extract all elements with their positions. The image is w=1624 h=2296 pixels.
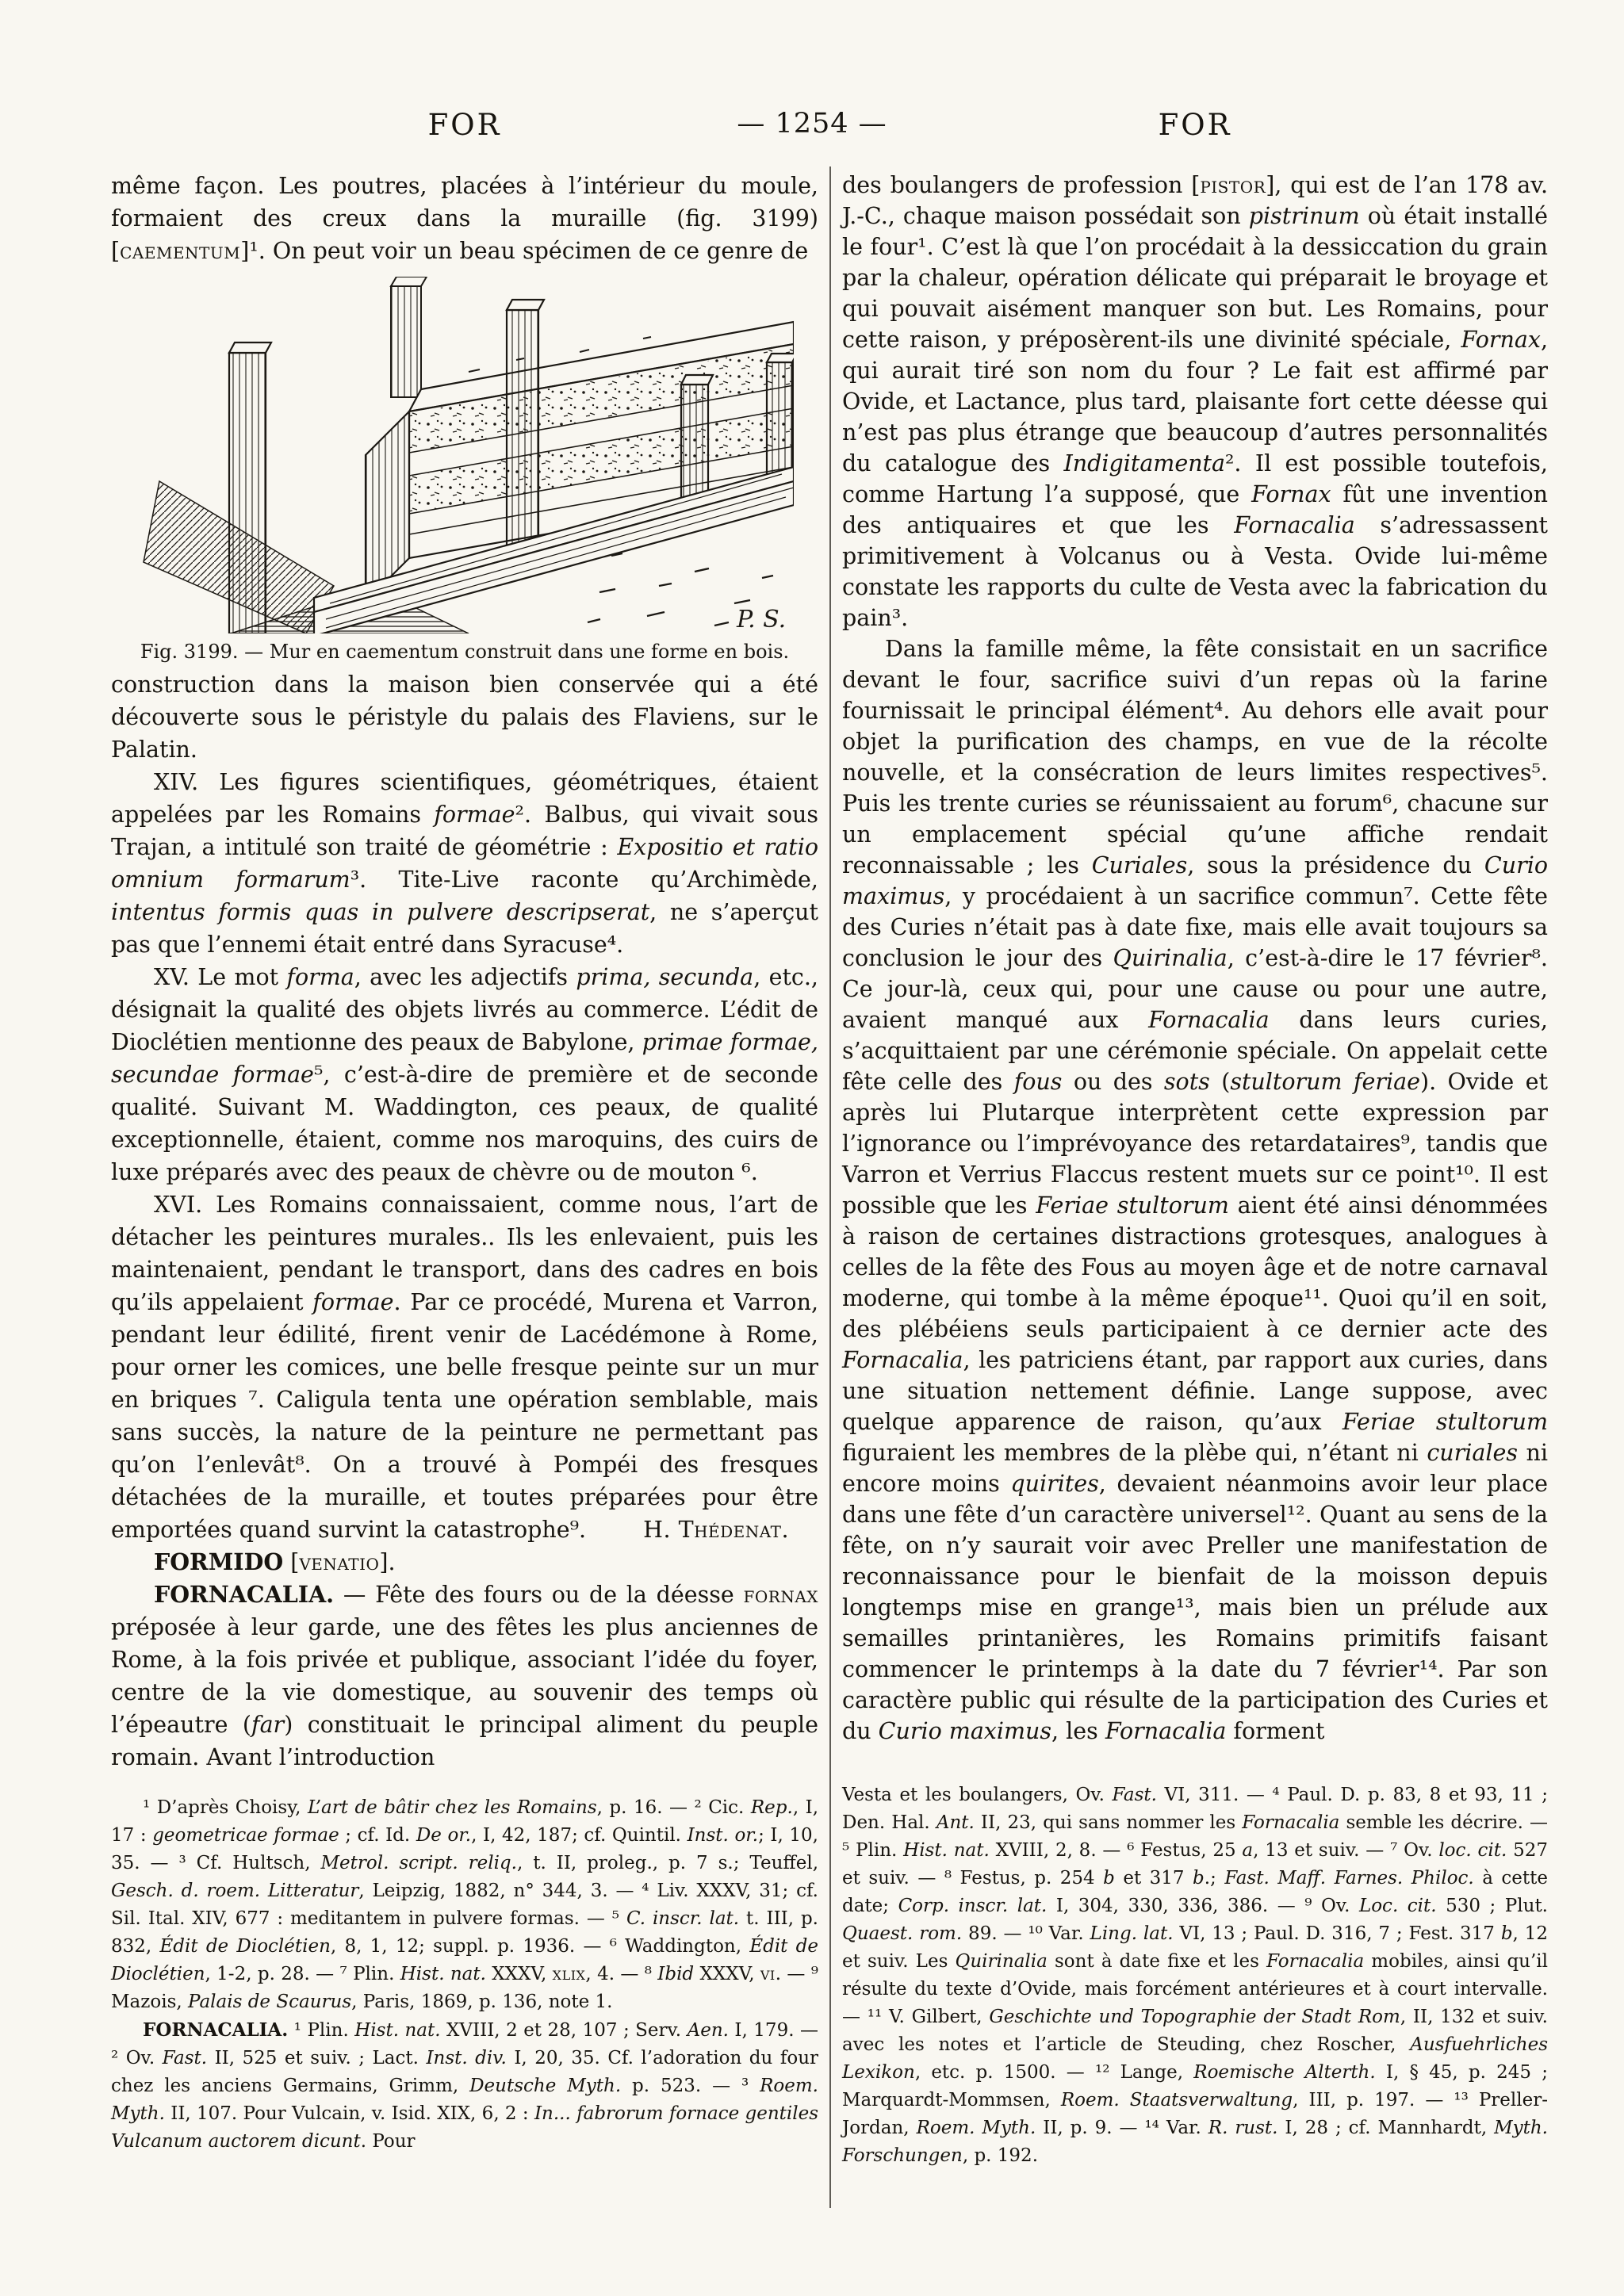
paragraph-fornacalia-cont: des boulangers de profession [pistor], q… bbox=[842, 170, 1548, 633]
paragraph-continuation: même façon. Les poutres, placées à l’int… bbox=[111, 170, 818, 267]
left-column-intro: même façon. Les poutres, placées à l’int… bbox=[111, 170, 818, 267]
page: FOR — 1254 — FOR même façon. Les poutres… bbox=[0, 0, 1624, 2296]
left-column: même façon. Les poutres, placées à l’int… bbox=[111, 170, 818, 2156]
rear-post bbox=[391, 277, 427, 397]
running-title-right: FOR bbox=[842, 108, 1548, 142]
right-column-body: des boulangers de profession [pistor], q… bbox=[842, 170, 1548, 1747]
caementum-wall-engraving: P. S. bbox=[136, 277, 794, 633]
footnote-fornacalia: FORNACALIA. ¹ Plin. Hist. nat. XVIII, 2 … bbox=[111, 2016, 818, 2156]
paragraph-xv: XV. Le mot forma, avec les adjectifs pri… bbox=[111, 961, 818, 1188]
paragraph-xvi: XVI. Les Romains connaissaient, comme no… bbox=[111, 1188, 818, 1546]
left-column-body: construction dans la maison bien conserv… bbox=[111, 668, 818, 1774]
left-footnotes: ¹ D’après Choisy, L’art de bâtir chez le… bbox=[111, 1794, 818, 2156]
right-footnotes: Vesta et les boulangers, Ov. Fast. VI, 3… bbox=[842, 1781, 1548, 2170]
figure-caption: Fig. 3199. — Mur en caementum construit … bbox=[136, 640, 794, 664]
figure-3199: P. S. Fig. 3199. — Mur en caementum cons… bbox=[136, 277, 794, 664]
paragraph-fete: Dans la famille même, la fête consistait… bbox=[842, 633, 1548, 1747]
paragraph-xiv: XIV. Les figures scientifiques, géométri… bbox=[111, 766, 818, 961]
right-column: des boulangers de profession [pistor], q… bbox=[842, 170, 1548, 2170]
footnote-forma: ¹ D’après Choisy, L’art de bâtir chez le… bbox=[111, 1794, 818, 2016]
engraver-signature: P. S. bbox=[736, 606, 786, 633]
entry-formido: FORMIDO [venatio]. bbox=[111, 1546, 818, 1578]
entry-fornacalia: FORNACALIA. — Fête des fours ou de la dé… bbox=[111, 1578, 818, 1774]
column-divider bbox=[829, 166, 831, 2208]
paragraph-after-figure: construction dans la maison bien conserv… bbox=[111, 668, 818, 766]
footnote-fornacalia-cont: Vesta et les boulangers, Ov. Fast. VI, 3… bbox=[842, 1781, 1548, 2170]
